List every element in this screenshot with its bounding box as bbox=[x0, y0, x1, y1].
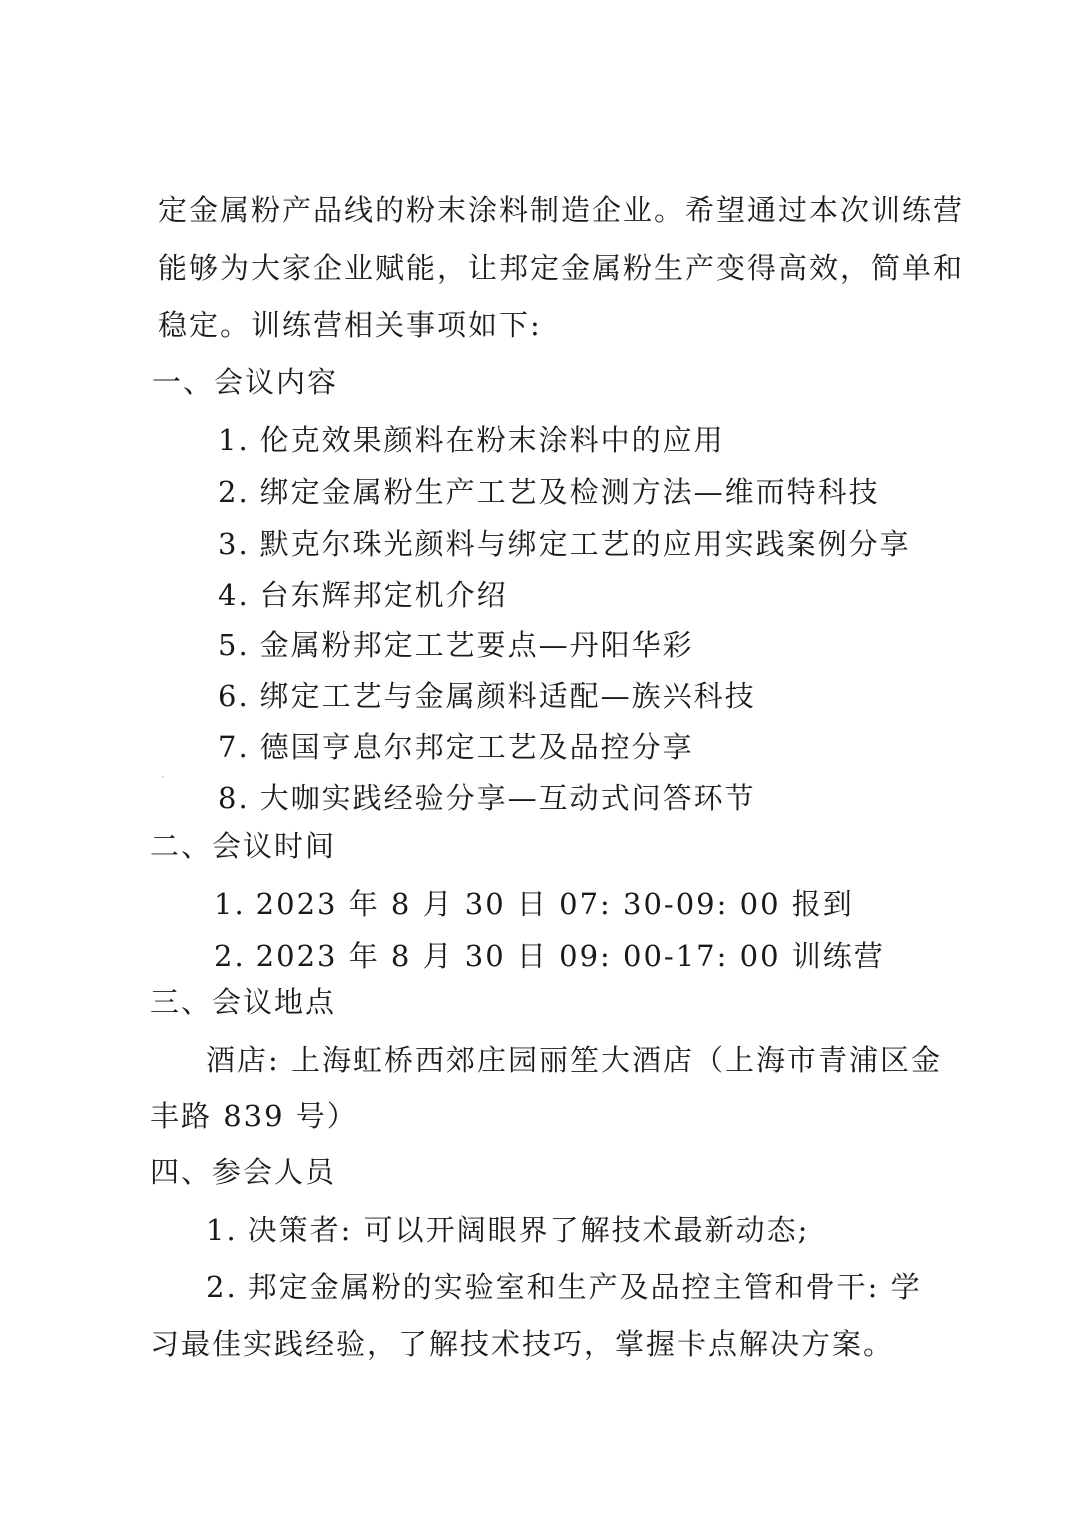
item-text: 金属粉邦定工艺要点—丹阳华彩 bbox=[260, 628, 694, 662]
agenda-item-7: 7.德国亨息尔邦定工艺及品控分享 bbox=[218, 729, 694, 765]
intro-line-2: 能够为大家企业赋能，让邦定金属粉生产变得高效，简单和 bbox=[158, 250, 964, 286]
item-number: 6. bbox=[218, 678, 250, 714]
item-number: 1. bbox=[206, 1212, 238, 1248]
schedule-item-1: 1.2023 年 8 月 30 日 07: 30-09: 00 报到 bbox=[214, 886, 854, 922]
scan-artifact bbox=[208, 1352, 210, 1354]
item-number: 2. bbox=[214, 938, 246, 974]
agenda-item-2: 2.绑定金属粉生产工艺及检测方法—维而特科技 bbox=[218, 474, 880, 510]
item-text: 德国亨息尔邦定工艺及品控分享 bbox=[260, 730, 694, 764]
intro-line-3: 稳定。训练营相关事项如下: bbox=[158, 307, 542, 343]
section-heading-content: 一、会议内容 bbox=[152, 364, 338, 400]
intro-line-1: 定金属粉产品线的粉末涂料制造企业。希望通过本次训练营 bbox=[158, 192, 964, 228]
item-text: 绑定金属粉生产工艺及检测方法—维而特科技 bbox=[260, 475, 880, 509]
section-heading-attendees: 四、参会人员 bbox=[150, 1154, 336, 1190]
item-number: 2. bbox=[218, 474, 250, 510]
agenda-item-3: 3.默克尔珠光颜料与绑定工艺的应用实践案例分享 bbox=[218, 526, 911, 562]
item-text: 绑定工艺与金属颜料适配—族兴科技 bbox=[260, 679, 756, 713]
item-number: 7. bbox=[218, 729, 250, 765]
agenda-item-5: 5.金属粉邦定工艺要点—丹阳华彩 bbox=[218, 627, 694, 663]
item-text: 2023 年 8 月 30 日 07: 30-09: 00 报到 bbox=[256, 887, 854, 921]
attendee-item-1: 1.决策者: 可以开阔眼界了解技术最新动态; bbox=[206, 1212, 809, 1248]
item-text: 伦克效果颜料在粉末涂料中的应用 bbox=[260, 423, 725, 457]
agenda-item-1: 1.伦克效果颜料在粉末涂料中的应用 bbox=[218, 422, 725, 458]
agenda-item-6: 6.绑定工艺与金属颜料适配—族兴科技 bbox=[218, 678, 756, 714]
location-line-1: 酒店: 上海虹桥西郊庄园丽笙大酒店（上海市青浦区金 bbox=[206, 1042, 942, 1078]
document-page: 定金属粉产品线的粉末涂料制造企业。希望通过本次训练营 能够为大家企业赋能，让邦定… bbox=[0, 0, 1080, 1527]
item-number: 3. bbox=[218, 526, 250, 562]
item-number: 4. bbox=[218, 577, 250, 613]
item-text: 台东辉邦定机介绍 bbox=[260, 578, 508, 612]
section-heading-time: 二、会议时间 bbox=[150, 828, 336, 864]
item-text: 默克尔珠光颜料与绑定工艺的应用实践案例分享 bbox=[260, 527, 911, 561]
item-text: 邦定金属粉的实验室和生产及品控主管和骨干: 学 bbox=[248, 1270, 922, 1304]
attendee-item-2: 2.邦定金属粉的实验室和生产及品控主管和骨干: 学 bbox=[206, 1269, 922, 1305]
item-number: 2. bbox=[206, 1269, 238, 1305]
agenda-item-4: 4.台东辉邦定机介绍 bbox=[218, 577, 508, 613]
item-text: 决策者: 可以开阔眼界了解技术最新动态; bbox=[248, 1213, 810, 1247]
schedule-item-2: 2.2023 年 8 月 30 日 09: 00-17: 00 训练营 bbox=[214, 938, 885, 974]
section-heading-location: 三、会议地点 bbox=[150, 984, 336, 1020]
item-number: 8. bbox=[218, 780, 250, 816]
location-line-2: 丰路 839 号） bbox=[150, 1098, 358, 1134]
attendee-continuation: 习最佳实践经验，了解技术技巧，掌握卡点解决方案。 bbox=[150, 1326, 894, 1362]
item-number: 1. bbox=[214, 886, 246, 922]
item-number: 1. bbox=[218, 422, 250, 458]
scan-artifact bbox=[162, 776, 164, 778]
item-number: 5. bbox=[218, 627, 250, 663]
item-text: 大咖实践经验分享—互动式问答环节 bbox=[260, 781, 756, 815]
item-text: 2023 年 8 月 30 日 09: 00-17: 00 训练营 bbox=[256, 939, 885, 973]
agenda-item-8: 8.大咖实践经验分享—互动式问答环节 bbox=[218, 780, 756, 816]
